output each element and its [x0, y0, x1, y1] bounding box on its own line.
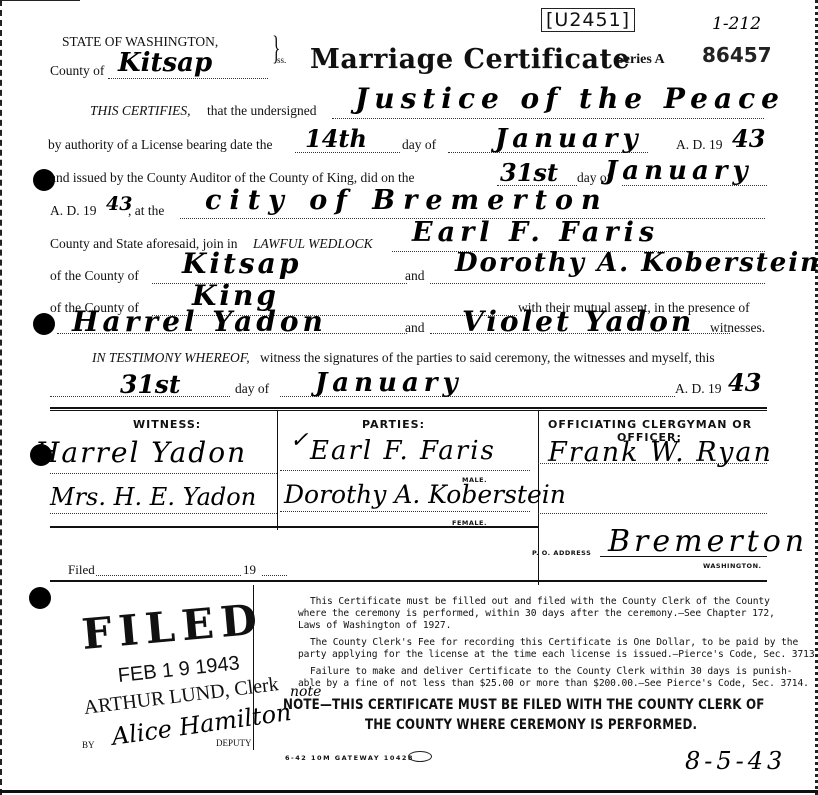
license-day: 14th	[305, 124, 367, 153]
parties-bottom-rule	[277, 526, 538, 528]
instruction-3-line-2: able by a fine of not less than $25.00 o…	[298, 678, 809, 689]
at-the-label: , at the	[128, 203, 164, 219]
parties-header: PARTIES:	[362, 418, 425, 431]
series-number: 86457	[702, 43, 772, 67]
party-male-line	[280, 470, 530, 471]
groom-county-line	[152, 283, 407, 284]
punch-hole	[33, 313, 55, 335]
filed-year-line	[262, 575, 287, 576]
archive-note: 1-212	[712, 14, 761, 34]
bottom-note: 8-5-43	[685, 747, 786, 775]
scan-left-edge	[0, 0, 4, 795]
ceremony-day: 31st	[500, 158, 558, 187]
county-line	[108, 78, 268, 79]
county-label: County of	[50, 63, 104, 79]
certifies-text: that the undersigned	[207, 103, 316, 119]
note-annotation: note	[290, 684, 321, 700]
day-of-label: day of	[402, 137, 436, 153]
witness-1: Harrel Yadon	[72, 305, 327, 338]
filed-stamp: FILED	[80, 594, 266, 659]
ad-label-3: A. D. 19	[675, 381, 722, 397]
grid-top-rule-2	[50, 410, 767, 411]
stamp-by: BY	[82, 740, 95, 750]
punch-hole	[29, 587, 51, 609]
ss-label: ss.	[277, 55, 286, 65]
witness-signature-1: Harrel Yadon	[35, 436, 247, 469]
witness-sig-line-2	[50, 513, 277, 514]
witness-bottom-rule	[50, 526, 277, 528]
officer-signature: Frank W. Ryan	[548, 437, 773, 468]
officiant-title: Justice of the Peace	[355, 82, 785, 115]
testimony-day: 31st	[120, 370, 180, 399]
witness-signature-2: Mrs. H. E. Yadon	[50, 483, 256, 511]
officer-line-2	[538, 513, 767, 514]
po-address-label: P. O. ADDRESS	[532, 549, 591, 557]
testimony-month: January	[315, 368, 463, 398]
check-mark-icon: ✓	[290, 428, 308, 453]
testimony-year: 43	[728, 368, 761, 397]
instruction-2-line-2: party applying for the license at the ti…	[298, 649, 818, 660]
witness-header: WITNESS:	[133, 418, 201, 431]
printer-line: 6-42 10M GATEWAY 10428	[285, 754, 414, 762]
grid-divider	[277, 410, 278, 530]
scan-right-edge	[812, 0, 818, 795]
certifies-prefix: THIS CERTIFIES,	[90, 103, 191, 119]
witness-sig-line-1	[50, 473, 277, 474]
po-address-value: Bremerton	[608, 524, 808, 559]
ad-label-2: A. D. 19	[50, 203, 97, 219]
note-line-2: THE COUNTY WHERE CEREMONY IS PERFORMED.	[365, 717, 697, 733]
document-title: Marriage Certificate	[310, 44, 630, 75]
witnesses-label: witnesses.	[710, 320, 765, 336]
grid-top-rule	[50, 407, 767, 409]
instruction-1-line-3: Laws of Washington of 1927.	[298, 620, 451, 631]
groom-name: Earl F. Faris	[412, 217, 659, 248]
bride-name: Dorothy A. Koberstein	[455, 248, 818, 278]
ceremony-month: January	[605, 156, 753, 186]
license-month: January	[495, 124, 643, 154]
license-year: 43	[732, 124, 765, 153]
license-text: by authority of a License bearing date t…	[48, 137, 273, 153]
ad-label: A. D. 19	[676, 137, 723, 153]
witness-2: Violet Yadon	[462, 305, 694, 338]
filed-label: Filed	[68, 562, 95, 578]
testimony-text: witness the signatures of the parties to…	[260, 350, 715, 366]
and-label: and	[405, 268, 425, 284]
party-signature-female: Dorothy A. Koberstein	[284, 480, 566, 509]
instruction-3-line-1: Failure to make and deliver Certificate …	[310, 666, 792, 677]
day-of-label-3: day of	[235, 381, 269, 397]
officer-header-1: OFFICIATING CLERGYMAN OR	[548, 418, 752, 431]
female-label: FEMALE.	[452, 519, 487, 527]
note-line-1: NOTE—THIS CERTIFICATE MUST BE FILED WITH…	[283, 697, 765, 713]
archive-id: [U2451]	[541, 8, 635, 32]
filed-line	[96, 575, 241, 576]
washington-label: WASHINGTON.	[703, 562, 761, 570]
instruction-2-line-1: The County Clerk's Fee for recording thi…	[310, 637, 798, 648]
instruction-1-line-2: where the ceremony is performed, within …	[298, 608, 775, 619]
and-label-2: and	[405, 320, 425, 336]
bottom-border	[0, 790, 818, 793]
groom-county: Kitsap	[182, 247, 301, 280]
party-signature-male: Earl F. Faris	[310, 436, 496, 466]
series-label: Series A	[616, 52, 665, 68]
county-value: Kitsap	[118, 48, 212, 78]
filed-19-label: 19	[243, 562, 256, 578]
bride-line	[430, 283, 765, 284]
testimony-prefix: IN TESTIMONY WHEREOF,	[92, 350, 250, 366]
party-female-line	[280, 511, 530, 512]
place: city of Bremerton	[205, 185, 609, 216]
stamp-deputy-label: DEPUTY	[216, 738, 252, 748]
officiant-line	[332, 118, 764, 119]
scan-top-edge	[0, 0, 80, 1]
instruction-1-line-1: This Certificate must be filled out and …	[310, 596, 770, 607]
issued-text: and issued by the County Auditor of the …	[50, 170, 414, 186]
grid-mid-rule	[50, 580, 767, 582]
union-bug-icon	[408, 751, 432, 762]
of-county-label: of the County of	[50, 268, 139, 284]
